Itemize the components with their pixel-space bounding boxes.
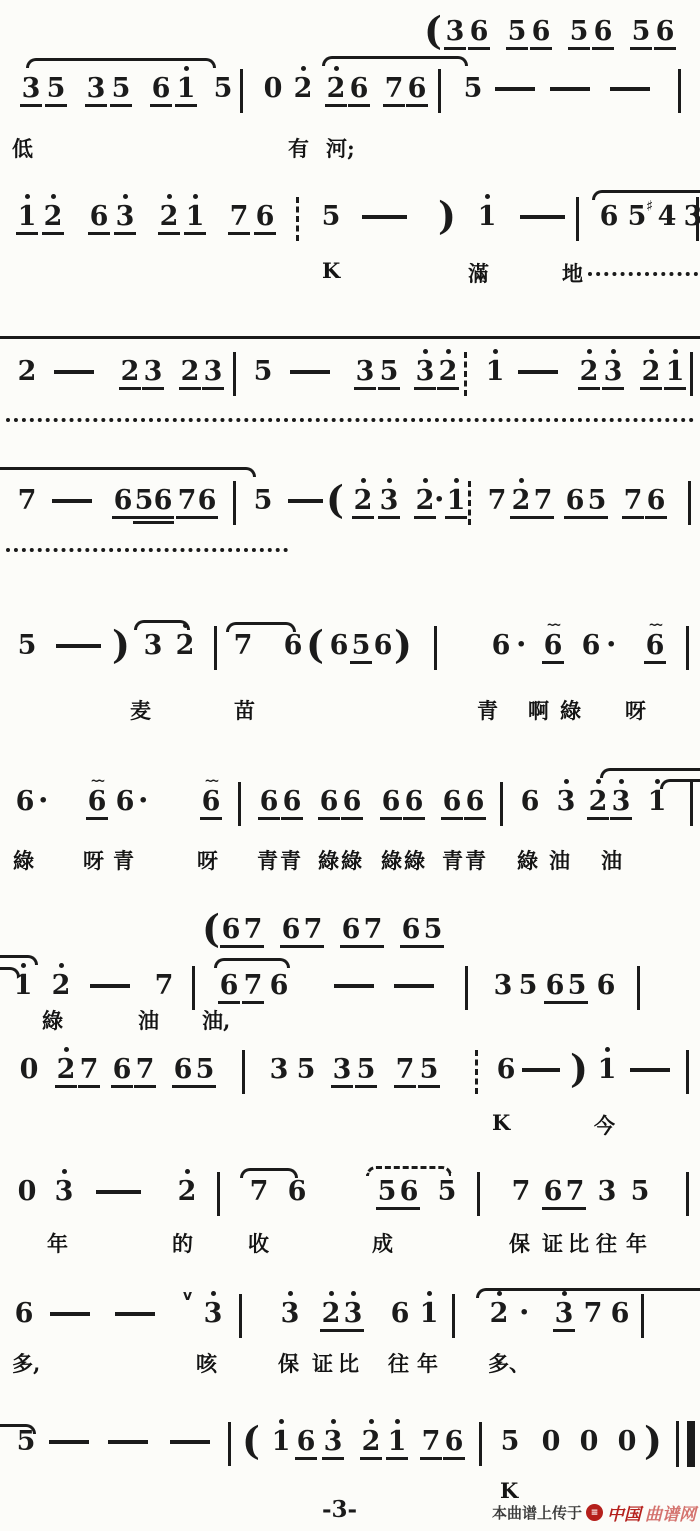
note: 5 [194, 1043, 216, 1088]
beam-underline [179, 387, 201, 390]
octave-dot [493, 349, 498, 354]
note: 5 [506, 5, 528, 50]
octave-dot [51, 194, 56, 199]
note: 6 [341, 775, 363, 820]
octave-dot [301, 66, 306, 71]
duration-dash [52, 499, 92, 503]
beam-underline [464, 817, 486, 820]
note: 3 [555, 775, 577, 815]
octave-dot [211, 1291, 216, 1296]
parenthesis: ) [394, 624, 412, 666]
beam-underline [42, 232, 64, 235]
octave-dot [59, 963, 64, 968]
beam-underline [445, 516, 467, 519]
note: 2 [50, 959, 72, 999]
lyric: 呀 [625, 695, 646, 725]
octave-dot [387, 478, 392, 483]
note: 2 [42, 190, 64, 235]
note: 6 [152, 474, 174, 524]
octave-dot [395, 1419, 400, 1424]
note: 7 [564, 1165, 586, 1210]
lyric: 綠 [341, 845, 362, 875]
duration-dash [522, 1068, 560, 1072]
octave-dot [331, 1419, 336, 1424]
note: 3 [342, 1287, 364, 1332]
octave-dot [167, 194, 172, 199]
leader-dots [6, 548, 288, 552]
lyric: 今 [594, 1110, 615, 1140]
beam-underline [85, 104, 107, 107]
note: 5 [630, 5, 652, 50]
lyric: 油 [549, 845, 570, 875]
note: 6 [340, 903, 362, 948]
note: 2 [437, 345, 459, 390]
lyric: 綠 [560, 695, 581, 725]
beam-underline [45, 104, 67, 107]
slur [0, 955, 38, 965]
beam-underline [378, 387, 400, 390]
note: 5 [586, 474, 608, 519]
note: 7 [16, 474, 38, 514]
octave-dot [673, 349, 678, 354]
octave-dot [62, 1169, 67, 1174]
lyric: 往 [596, 1228, 617, 1258]
note: 7 [510, 1165, 532, 1205]
beam-underline [530, 47, 552, 50]
lyric: 呀 [197, 845, 218, 875]
note: 1 [476, 190, 498, 230]
beam-underline [112, 516, 134, 519]
note: 1 [270, 1415, 292, 1455]
note: 1 [175, 62, 197, 107]
lyric: K [322, 258, 340, 283]
beam-underline [510, 516, 532, 519]
barline [696, 197, 699, 241]
duration-dash [290, 370, 330, 374]
lyric: 保 [509, 1228, 530, 1258]
slur [592, 190, 700, 200]
duration-dash [288, 499, 323, 503]
note: 5 [422, 903, 444, 948]
note: 6 [372, 619, 394, 659]
duration-dash [96, 1190, 141, 1194]
score-area: (3656565635356150226765低有河;126321765)165… [0, 0, 700, 1531]
octave-dot [361, 478, 366, 483]
site-logo-icon: ≡ [586, 1504, 603, 1521]
note: 5 [378, 345, 400, 390]
note: 6 [519, 775, 541, 815]
note: 1 [484, 345, 506, 385]
parenthesis: ) [570, 1048, 588, 1090]
beam-underline [55, 1085, 77, 1088]
note: 6 [595, 959, 617, 999]
note: 5 [45, 62, 67, 107]
parenthesis: ) [438, 195, 456, 237]
beam-underline [254, 232, 276, 235]
beam-underline [281, 817, 303, 820]
octave-dot [25, 194, 30, 199]
slur [214, 958, 290, 968]
note: 5 [295, 1043, 317, 1083]
beam-underline [544, 1001, 566, 1004]
lyric: 证 [312, 1348, 333, 1378]
note: 6 [403, 775, 425, 820]
beam-underline [542, 1207, 564, 1210]
barline [690, 352, 693, 396]
note: 0 [540, 1415, 562, 1455]
note: 7 [394, 1043, 416, 1088]
beam-underline [542, 661, 564, 664]
barline [192, 966, 195, 1010]
lyric: 的 [172, 1228, 193, 1258]
note: 3 [354, 345, 376, 390]
note: 3 [279, 1287, 301, 1327]
note: 0 [616, 1415, 638, 1455]
lyric: 年 [47, 1228, 68, 1258]
duration-dash [334, 984, 374, 988]
note: 6 [112, 474, 134, 519]
beam-underline [350, 661, 372, 664]
note: 5 [418, 1043, 440, 1088]
octave-dot [446, 349, 451, 354]
duration-dash [115, 1312, 155, 1316]
octave-dot [279, 1419, 284, 1424]
note: 6 [468, 5, 490, 50]
beam-underline [86, 817, 108, 820]
note: 6 [14, 775, 36, 815]
octave-dot [454, 478, 459, 483]
beam-underline [568, 47, 590, 50]
note: 2 [352, 474, 374, 519]
note: 3 [331, 1043, 353, 1088]
octave-dot [351, 1291, 356, 1296]
note: 5 [517, 959, 539, 999]
note: 1 [664, 345, 686, 390]
barline [678, 69, 681, 113]
octave-dot [427, 1291, 432, 1296]
beam-underline [320, 1329, 342, 1332]
octave-dot [611, 349, 616, 354]
note: 5 [110, 62, 132, 107]
beam-underline [553, 1329, 575, 1332]
note: 7 [78, 1043, 100, 1088]
note: 6 [645, 474, 667, 519]
note: 2 [510, 474, 532, 519]
note: 7 [302, 903, 324, 948]
beam-underline [578, 387, 600, 390]
note: 2 [587, 775, 609, 820]
note: 5 [568, 5, 590, 50]
beam-underline [644, 661, 666, 664]
lyric: 有 [288, 133, 309, 163]
note: 6 [254, 190, 276, 235]
lyric: 年 [626, 1228, 647, 1258]
beam-underline [258, 817, 280, 820]
note: 2 [158, 190, 180, 235]
duration-dash [362, 215, 407, 219]
note: 3 [322, 1415, 344, 1460]
note: 5 [355, 1043, 377, 1088]
octave-dot [655, 779, 660, 784]
beam-underline [302, 945, 324, 948]
note: 6 [220, 903, 242, 948]
lyric: 青 [442, 845, 463, 875]
note: 6 [114, 775, 136, 815]
note: 7 [176, 474, 198, 519]
slur [134, 620, 190, 630]
watermark-footer: 本曲谱上传于 ≡ 中国 曲谱网 [492, 1500, 696, 1525]
beam-underline [587, 817, 609, 820]
note: 1 [184, 190, 206, 235]
note: 2 [325, 62, 347, 107]
note: 6 [389, 1287, 411, 1327]
slur [322, 56, 468, 66]
note: 6 [544, 959, 566, 1004]
barline [214, 626, 217, 670]
beam-underline [318, 817, 340, 820]
note: 6 [111, 1043, 133, 1088]
leader-dots [588, 272, 698, 276]
beam-underline [403, 817, 425, 820]
note: 7 [228, 190, 250, 235]
octave-dot [596, 779, 601, 784]
parenthesis: ( [202, 908, 220, 950]
note: 3 [378, 474, 400, 519]
beam-underline [602, 387, 624, 390]
beam-underline [114, 232, 136, 235]
note: 3 [85, 62, 107, 107]
beam-underline [354, 387, 376, 390]
note: 7 [622, 474, 644, 519]
octave-dot [193, 194, 198, 199]
beam-underline [383, 104, 405, 107]
note: 6 [295, 1415, 317, 1460]
note: 7 [420, 1415, 442, 1460]
octave-dot [519, 478, 524, 483]
barline [242, 1050, 245, 1094]
note: 6 [328, 619, 350, 659]
barline [438, 69, 441, 113]
note: 6 [464, 775, 486, 820]
beam-underline [331, 1085, 353, 1088]
barline [233, 481, 236, 525]
parenthesis: ) [112, 624, 130, 666]
barline [686, 1050, 689, 1094]
barline [688, 481, 691, 525]
beam-underline [110, 104, 132, 107]
lyric: 成 [372, 1228, 393, 1258]
site-name-bold: 中国 [607, 1500, 641, 1525]
lyric: 地 [562, 258, 583, 288]
slur [660, 779, 700, 789]
beam-underline [360, 1457, 382, 1460]
beam-underline [586, 516, 608, 519]
lyric: 綠 [517, 845, 538, 875]
beam-underline [630, 47, 652, 50]
beam-underline [176, 516, 198, 519]
lyric: 苗 [234, 695, 255, 725]
beam-underline [175, 104, 197, 107]
note: 6 [564, 474, 586, 519]
beam-underline [134, 1085, 156, 1088]
beam-underline [196, 516, 218, 519]
lyric: 啊 [528, 695, 549, 725]
octave-dot [329, 1291, 334, 1296]
beam-underline [242, 1001, 264, 1004]
beam-underline [376, 1207, 398, 1210]
note: 6 [348, 62, 370, 107]
octave-dot [288, 1291, 293, 1296]
note: 5 [499, 1415, 521, 1455]
barline [233, 352, 236, 396]
slur [0, 336, 700, 346]
note: 5 [350, 619, 372, 664]
note: 5 [15, 1415, 37, 1455]
beam-underline [242, 945, 264, 948]
note: 3 [53, 1165, 75, 1205]
note: 6 [406, 62, 428, 107]
note: ~~6 [644, 619, 666, 664]
site-name-light: 曲谱网 [645, 1500, 696, 1525]
duration-dash [520, 215, 565, 219]
slur [240, 1168, 298, 1178]
octave-dot [485, 194, 490, 199]
beam-underline [592, 47, 614, 50]
beam-underline [564, 1207, 586, 1210]
slur [476, 1288, 700, 1298]
beam-underline [506, 47, 528, 50]
barline [500, 782, 503, 826]
barline [239, 1294, 242, 1338]
note: 2 [414, 474, 436, 519]
barline [228, 1422, 231, 1466]
note: 6 [654, 5, 676, 50]
augmentation-dot: · [606, 630, 616, 660]
note: 1 [12, 959, 34, 999]
beam-underline [341, 817, 363, 820]
slur [600, 768, 700, 778]
lyric: 綠 [404, 845, 425, 875]
beam-underline [654, 47, 676, 50]
beam-underline [664, 387, 686, 390]
beam-underline [152, 521, 174, 524]
note: 2 [578, 345, 600, 390]
beam-underline [194, 1085, 216, 1088]
barline [238, 782, 241, 826]
note: 6 [592, 5, 614, 50]
augmentation-dot: · [516, 630, 526, 660]
lyric: 多, [12, 1348, 40, 1378]
octave-dot [185, 1169, 190, 1174]
watermark-text: 本曲谱上传于 [492, 1502, 582, 1523]
lyric: 綠 [318, 845, 339, 875]
octave-dot [334, 66, 339, 71]
slur [0, 467, 256, 477]
lyric: 青 [257, 845, 278, 875]
note: 6 [380, 775, 402, 820]
beam-underline [218, 1001, 240, 1004]
lyric: K [492, 1110, 510, 1135]
beam-underline [280, 945, 302, 948]
note: 3 [20, 62, 42, 107]
duration-dash [170, 1440, 210, 1444]
beam-underline [111, 1085, 133, 1088]
note: 5 [462, 62, 484, 102]
lyric: 低 [12, 133, 33, 163]
note: 2 [640, 345, 662, 390]
note: 3 [142, 345, 164, 390]
octave-dot [605, 1047, 610, 1052]
beam-underline [386, 1457, 408, 1460]
beam-underline [418, 1085, 440, 1088]
breath-mark: v [183, 1288, 192, 1304]
beam-underline [362, 945, 384, 948]
beam-underline [355, 1085, 377, 1088]
note: 5 [16, 619, 38, 659]
beam-underline [564, 516, 586, 519]
octave-dot [369, 1419, 374, 1424]
note: 1 [16, 190, 38, 235]
note: 6 [281, 775, 303, 820]
note: 5 [252, 345, 274, 385]
barline [576, 197, 579, 241]
beam-underline [228, 232, 250, 235]
beam-underline [420, 1457, 442, 1460]
barline [686, 626, 689, 670]
note: 6 [580, 619, 602, 659]
parenthesis: ) [644, 1420, 662, 1462]
note: 3 [414, 345, 436, 390]
lyric: 证 [542, 1228, 563, 1258]
beam-underline [20, 104, 42, 107]
beam-underline [422, 945, 444, 948]
beam-underline [400, 945, 422, 948]
barline [240, 69, 243, 113]
octave-dot [649, 349, 654, 354]
barline [434, 626, 437, 670]
lyric: 咳 [196, 1348, 217, 1378]
beam-underline [406, 104, 428, 107]
lyric: 綠 [13, 845, 34, 875]
note: 5 [252, 474, 274, 514]
lyric: 往 [388, 1348, 409, 1378]
page-number: -3- [322, 1496, 357, 1523]
beam-underline [566, 1001, 588, 1004]
note: 3 [602, 345, 624, 390]
beam-underline [16, 232, 38, 235]
beam-underline [184, 232, 206, 235]
note: 5 [212, 62, 234, 102]
lyric: 多、 [488, 1348, 530, 1378]
lyric: 比 [568, 1228, 589, 1258]
duration-dash [550, 87, 590, 91]
lyric: 綠 [42, 1005, 63, 1035]
note: 7 [362, 903, 384, 948]
note: 6 [172, 1043, 194, 1088]
lyric: 油, [202, 1005, 230, 1035]
barline [464, 352, 467, 396]
note: 1 [596, 1043, 618, 1083]
barline [686, 1172, 689, 1216]
note: 7 [486, 474, 508, 514]
note: 3 [610, 775, 632, 820]
note: 7 [153, 959, 175, 999]
note: 6 [441, 775, 463, 820]
octave-dot [423, 349, 428, 354]
note: 6 [443, 1415, 465, 1460]
barline [641, 1294, 644, 1338]
note: ~~6 [200, 775, 222, 820]
